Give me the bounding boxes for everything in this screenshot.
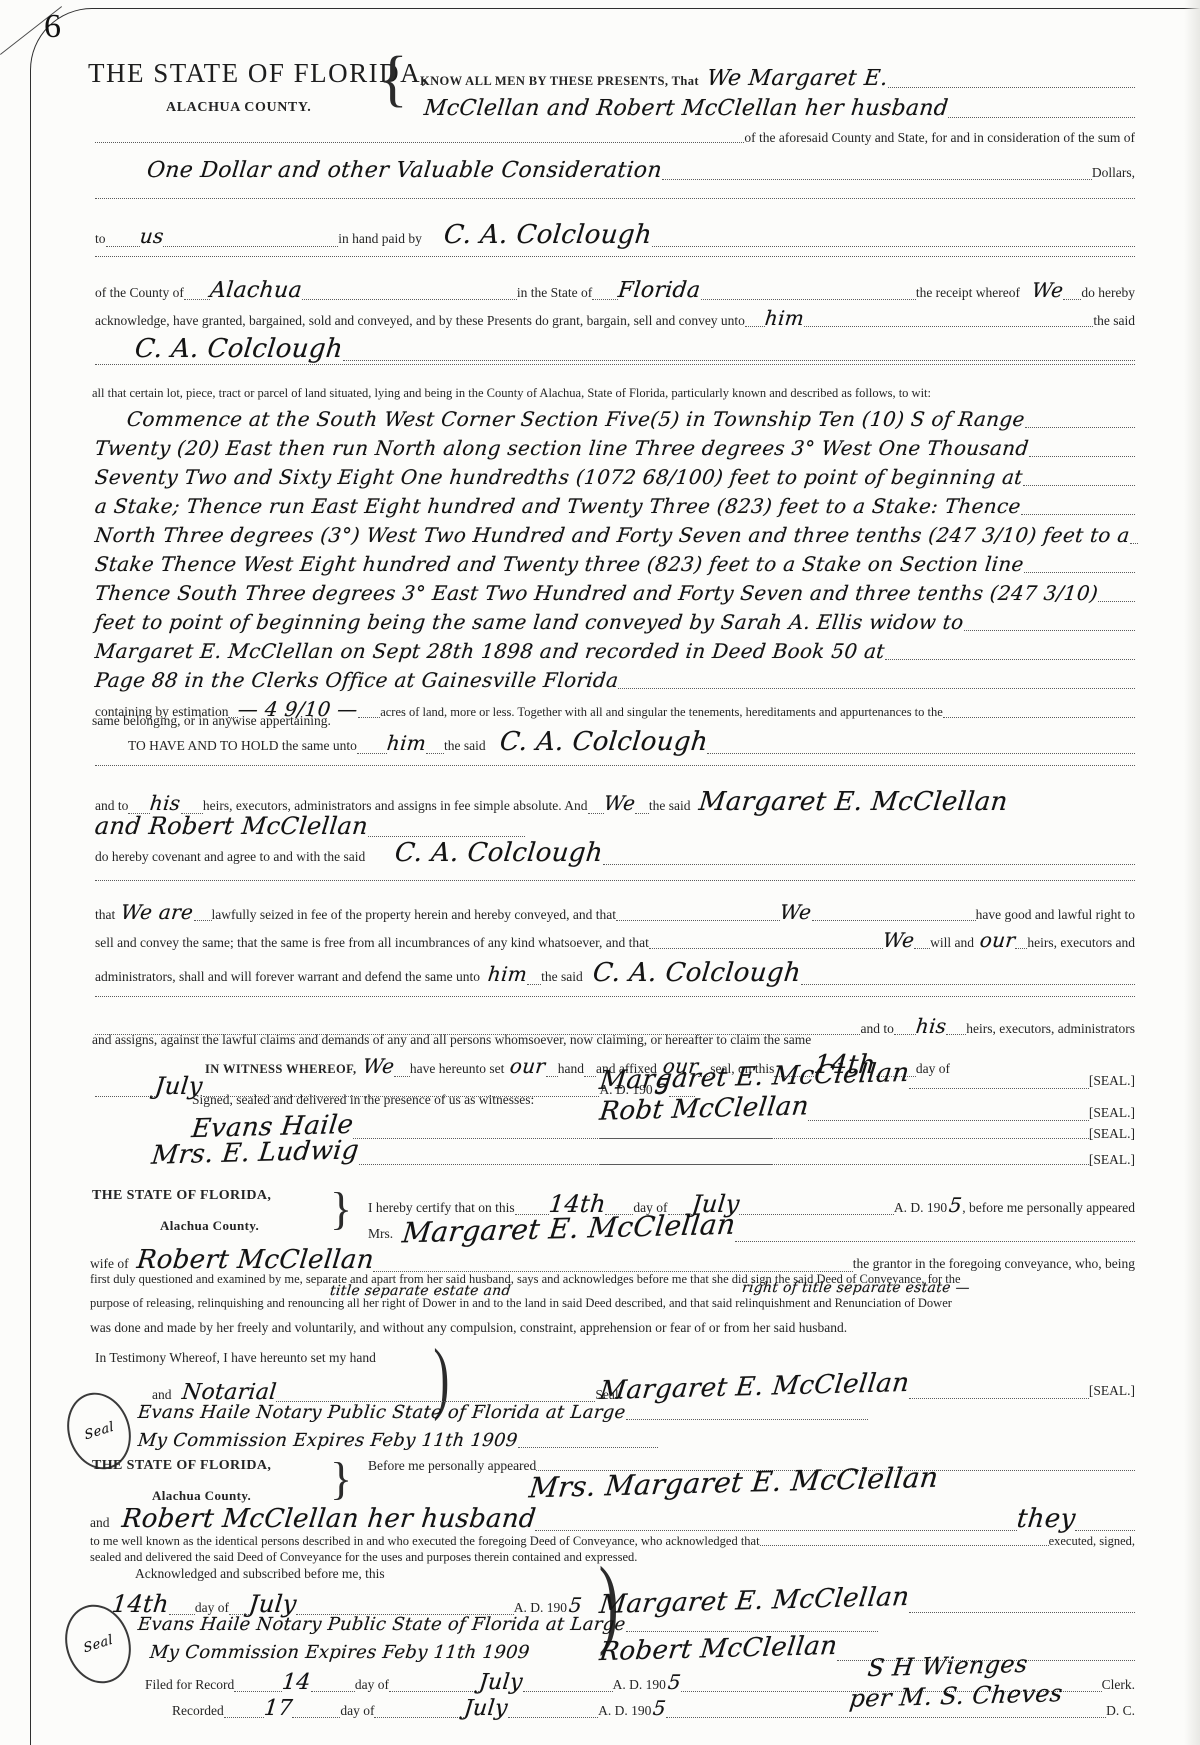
grantor2-line: and Robert McClellan <box>95 812 525 840</box>
dotted-leader <box>1023 485 1135 486</box>
heirs-text: heirs, executors, administrators <box>966 1021 1135 1037</box>
dotted-leader <box>948 117 1135 118</box>
description-intro: all that certain lot, piece, tract or pa… <box>92 386 931 401</box>
grantor-names-hw-1: We Margaret E. <box>706 66 889 91</box>
seal-bracket-label: [SEAL.] <box>1089 1126 1135 1142</box>
ack2-signature-row-2: Robert McClellan <box>600 1634 1135 1664</box>
dotted-leader <box>1024 572 1135 573</box>
description-hw: Thence South Three degrees 3° East Two H… <box>94 581 1100 605</box>
covenant-line: do hereby covenant and agree to and with… <box>95 838 1135 868</box>
we-hw: We <box>602 791 636 815</box>
dotted-leader <box>616 920 780 921</box>
description-line: feet to point of beginning being the sam… <box>95 610 1135 634</box>
dotted-leader <box>745 326 765 327</box>
testimony-text: In Testimony Whereof, I have hereunto se… <box>95 1350 376 1366</box>
commission-hw: My Commission Expires Feby 11th 1909 <box>137 1430 519 1451</box>
dotted-leader <box>804 326 1093 327</box>
notary-line-1: Evans Haile Notary Public State of Flori… <box>138 1402 868 1423</box>
they-hw: they <box>1015 1504 1077 1534</box>
year-hw: 5 <box>667 1670 683 1694</box>
dotted-leader <box>95 142 744 143</box>
dotted-leader <box>1015 948 1027 949</box>
dotted-leader <box>894 1034 916 1035</box>
dotted-leader <box>184 299 210 300</box>
in-hand-label: in hand paid by <box>338 231 422 247</box>
dotted-leader <box>234 1691 282 1692</box>
husband-line: and Robert McClellan her husband they <box>90 1504 1135 1534</box>
dotted-leader <box>626 1419 869 1420</box>
dotted-leader <box>1063 299 1081 300</box>
header-county-title: ALACHUA COUNTY. <box>166 100 311 116</box>
dotted-leader <box>946 1034 966 1035</box>
dotted-leader <box>527 984 541 985</box>
description-hw: Margaret E. McClellan on Sept 28th 1898 … <box>94 639 886 663</box>
good-right-text: have good and lawful right to <box>976 907 1135 923</box>
description-line: North Three degrees (3°) West Two Hundre… <box>95 523 1135 547</box>
year-hw: 5 <box>652 1696 668 1720</box>
clerk-label: Clerk. <box>1102 1677 1135 1693</box>
we-hw: We <box>882 928 916 952</box>
dotted-leader <box>626 1631 879 1632</box>
grantor2-hw: and Robert McClellan <box>94 812 370 840</box>
executed-signed-text: executed, signed, <box>1049 1534 1135 1549</box>
dotted-leader <box>888 87 1135 88</box>
him-hw: him <box>386 731 428 755</box>
the-said-label: the said <box>1093 313 1135 329</box>
and-label: and <box>90 1515 110 1531</box>
dotted-leader <box>808 1120 1088 1121</box>
witness-signature-2: Mrs. E. Ludwig <box>150 1135 361 1170</box>
description-line: Commence at the South West Corner Sectio… <box>95 407 1135 431</box>
dotted-leader <box>943 717 1135 718</box>
dotted-leader <box>389 1691 479 1692</box>
to-label: to <box>95 231 106 247</box>
description-hw: Seventy Two and Sixty Eight One hundredt… <box>94 465 1024 489</box>
header-brace: { <box>378 48 408 110</box>
ack1-county-title: Alachua County. <box>160 1218 259 1234</box>
county-state-line: of the County of Alachua in the State of… <box>95 278 1135 303</box>
dotted-leader <box>95 996 1135 997</box>
covenant-text: do hereby covenant and agree to and with… <box>95 849 365 865</box>
description-hw: Page 88 in the Clerks Office at Gainesvi… <box>94 668 620 692</box>
dotted-leader <box>374 1717 464 1718</box>
dotted-leader <box>95 256 1135 257</box>
dotted-leader <box>358 717 380 718</box>
sell-text: sell and convey the same; that the same … <box>95 935 649 951</box>
and-label: and <box>152 1387 172 1403</box>
sell-convey-line: sell and convey the same; that the same … <box>95 928 1135 952</box>
seal-bracket-label: [SEAL.] <box>1089 1105 1135 1121</box>
dotted-leader <box>652 246 1135 247</box>
county-hw: Alachua <box>209 278 304 303</box>
dotted-leader <box>343 360 1135 361</box>
grantee-hw: C. A. Colclough <box>133 334 344 364</box>
recorded-line: Recorded 17 day of July A. D. 190 5 D. C… <box>172 1696 1135 1721</box>
ack2-signature-2: Robert McClellan <box>598 1631 839 1667</box>
dotted-leader <box>701 299 916 300</box>
husband-name-hw: Robert McClellan her husband <box>120 1504 537 1534</box>
ad-label: A. D. 190 <box>613 1677 666 1693</box>
recorded-month-hw: July <box>463 1696 509 1721</box>
dotted-leader <box>760 1545 1049 1546</box>
husband-name-hw: Robert McClellan <box>135 1245 375 1275</box>
payer-hw: C. A. Colclough <box>442 220 653 250</box>
dotted-leader <box>95 1096 155 1097</box>
paid-by-line: to us in hand paid by C. A. Colclough <box>95 220 1135 250</box>
day-of-label: day of <box>355 1677 389 1693</box>
before-appeared-text: Before me personally appeared <box>368 1458 536 1474</box>
notary-seal-text: Seal <box>82 1632 114 1656</box>
will-and-label: will and <box>930 935 974 951</box>
dotted-leader <box>1025 427 1135 428</box>
wife-of-line: wife of Robert McClellan the grantor in … <box>90 1245 1135 1275</box>
dotted-leader <box>649 948 883 949</box>
dotted-leader <box>523 1691 613 1692</box>
the-said-label: the said <box>444 738 486 754</box>
dotted-leader <box>426 753 444 754</box>
us-hw: us <box>138 224 164 248</box>
sealed-delivered-text: sealed and delivered the said Deed of Co… <box>90 1550 637 1565</box>
day-of-label: day of <box>340 1703 374 1719</box>
dotted-leader <box>95 880 1135 881</box>
well-known-text: to me well known as the identical person… <box>90 1534 760 1549</box>
page-number: 6 <box>44 8 61 46</box>
ack1-state-title: THE STATE OF FLORIDA, <box>92 1188 271 1204</box>
heirs-execs-label: heirs, executors and <box>1027 935 1135 951</box>
description-hw: feet to point of beginning being the sam… <box>94 610 965 634</box>
admins-text: administrators, shall and will forever w… <box>95 969 480 985</box>
warrant-defend-line: administrators, shall and will forever w… <box>95 958 1135 988</box>
aforesaid-line: of the aforesaid County and State, for a… <box>95 130 1135 146</box>
blank-rule <box>95 364 1135 368</box>
signed-sealed-text: Signed, sealed and delivered in the pres… <box>192 1092 534 1108</box>
dotted-leader <box>801 984 1135 985</box>
description-line: Twenty (20) East then run North along se… <box>95 436 1135 460</box>
grantee-hw: C. A. Colclough <box>591 958 802 988</box>
we-are-hw: We are <box>120 900 195 924</box>
him-hw: him <box>487 962 529 986</box>
dotted-leader <box>311 1691 355 1692</box>
seal-bracket-label: [SEAL.] <box>1089 1152 1135 1168</box>
acres-rest-text: acres of land, more or less. Together wi… <box>380 705 943 720</box>
ack2-county-title: Alachua County. <box>152 1488 251 1504</box>
to-have-line: TO HAVE AND TO HOLD the same unto him th… <box>128 727 1135 757</box>
premises-line-1: KNOW ALL MEN BY THESE PRESENTS, That We … <box>420 66 1135 91</box>
dotted-leader <box>909 1088 1089 1089</box>
dower-line-2: purpose of releasing, relinquishing and … <box>90 1296 952 1311</box>
do-hereby-label: do hereby <box>1081 285 1135 301</box>
notary-seal-text: Seal <box>83 1419 115 1443</box>
dotted-leader <box>95 765 1135 766</box>
to-have-text: TO HAVE AND TO HOLD the same unto <box>128 738 357 754</box>
grantee-name-line: C. A. Colclough <box>95 334 1135 364</box>
dotted-leader <box>95 364 1135 365</box>
dotted-leader <box>106 246 140 247</box>
dotted-leader <box>302 299 517 300</box>
grantor-names-hw-2: McClellan and Robert McClellan her husba… <box>423 96 950 121</box>
dotted-leader <box>508 1717 598 1718</box>
consideration-line: One Dollar and other Valuable Considerat… <box>95 158 1135 183</box>
ack2-state-title: THE STATE OF FLORIDA, <box>92 1458 271 1474</box>
recorded-day-hw: 17 <box>262 1696 293 1721</box>
dollars-label: Dollars, <box>1092 165 1135 181</box>
ack1-brace: } <box>330 1186 352 1232</box>
consideration-hw: One Dollar and other Valuable Considerat… <box>146 158 664 183</box>
description-hw: Stake Thence West Eight hundred and Twen… <box>94 552 1025 576</box>
description-line: Page 88 in the Clerks Office at Gainesvi… <box>95 668 1135 692</box>
wife-name-line: Mrs. Margaret E. McClellan <box>368 1212 1135 1245</box>
dotted-leader <box>707 753 1135 754</box>
acknowledged-subscribed-text: Acknowledged and subscribed before me, t… <box>135 1566 385 1582</box>
wife-of-label: wife of <box>90 1256 129 1272</box>
seized-text: lawfully seized in fee of the property h… <box>212 907 616 923</box>
blank-rule <box>95 765 1135 769</box>
description-hw: Commence at the South West Corner Sectio… <box>126 407 1026 431</box>
description-line: Stake Thence West Eight hundred and Twen… <box>95 552 1135 576</box>
dotted-leader <box>1075 1530 1135 1531</box>
dotted-leader <box>588 813 604 814</box>
description-hw: North Three degrees (3°) West Two Hundre… <box>94 523 1131 547</box>
state-hw: Florida <box>617 278 702 303</box>
grantor-signature-1: Margaret E. McClellan <box>598 1058 911 1096</box>
dc-label: D. C. <box>1106 1703 1135 1719</box>
assigns-text: and assigns, against the lawful claims a… <box>92 1032 811 1048</box>
in-state-label: in the State of <box>517 285 592 301</box>
dotted-leader <box>368 836 525 837</box>
dotted-leader <box>735 1241 1135 1242</box>
dotted-leader <box>357 753 387 754</box>
seized-line: that We are lawfully seized in fee of th… <box>95 900 1135 924</box>
description-line: a Stake; Thence run East Eight hundred a… <box>95 494 1135 518</box>
filed-month-hw: July <box>478 1670 524 1695</box>
ack2-signature-row-1: Margaret E. McClellan <box>600 1586 1135 1616</box>
grantee-hw: C. A. Colclough <box>498 727 709 757</box>
description-hw: a Stake; Thence run East Eight hundred a… <box>94 494 1022 518</box>
signature-row-4: [SEAL.] <box>600 1152 1135 1168</box>
we-hw: We <box>1031 278 1065 302</box>
dotted-leader <box>909 1612 1135 1613</box>
dotted-leader <box>662 179 1092 180</box>
our-hw: our <box>979 928 1017 952</box>
filed-label: Filed for Record <box>145 1677 234 1693</box>
ad-label: A. D. 190 <box>598 1703 651 1719</box>
dotted-leader <box>224 1717 264 1718</box>
and-to-label: and to <box>860 1021 893 1037</box>
aforesaid-text: of the aforesaid County and State, for a… <box>744 130 1135 146</box>
dotted-leader <box>1130 543 1138 544</box>
dotted-leader <box>964 630 1135 631</box>
grantor1-hw: Margaret E. McClellan <box>697 787 1009 817</box>
description-line: Thence South Three degrees 3° East Two H… <box>95 581 1135 605</box>
him-hw: him <box>764 306 806 330</box>
description-hw: Twenty (20) East then run North along se… <box>94 436 1030 460</box>
dotted-leader <box>1029 456 1135 457</box>
ack1-signature-row: Margaret E. McClellan [SEAL.] <box>600 1372 1135 1402</box>
filed-day-hw: 14 <box>281 1670 312 1695</box>
dotted-leader <box>163 246 338 247</box>
recorded-label: Recorded <box>172 1703 224 1719</box>
dower-line-3: was done and made by her freely and volu… <box>90 1320 847 1336</box>
seal-bracket-label: [SEAL.] <box>1089 1383 1135 1399</box>
dotted-leader <box>1021 514 1135 515</box>
blank-rule <box>95 198 1135 202</box>
dotted-leader <box>909 1398 1089 1399</box>
dotted-leader <box>518 1447 658 1448</box>
acknowledge-text: acknowledge, have granted, bargained, so… <box>95 313 745 329</box>
dotted-leader <box>194 920 212 921</box>
dotted-leader <box>95 198 1135 199</box>
dotted-leader <box>618 688 1135 689</box>
dotted-leader <box>812 920 976 921</box>
grantee-hw: C. A. Colclough <box>394 838 605 868</box>
ack2-brace: } <box>330 1456 352 1502</box>
dotted-leader <box>635 813 649 814</box>
description-line: Margaret E. McClellan on Sept 28th 1898 … <box>95 639 1135 663</box>
interlineation-2: right of title separate estate — <box>741 1280 970 1296</box>
we-hw: We <box>779 900 813 924</box>
grantor-in-conveyance-text: the grantor in the foregoing conveyance,… <box>853 1256 1135 1272</box>
dotted-leader <box>885 659 1135 660</box>
scan-edge-shading <box>1184 0 1200 1745</box>
receipt-label: the receipt whereof <box>916 285 1020 301</box>
dotted-leader <box>666 1717 1106 1718</box>
notary-name-hw: Evans Haile Notary Public State of Flori… <box>137 1614 627 1635</box>
dotted-leader <box>600 1164 1089 1165</box>
commission-line-1: My Commission Expires Feby 11th 1909 <box>138 1430 658 1451</box>
seal-bracket-label: [SEAL.] <box>1089 1073 1135 1089</box>
description-line: Seventy Two and Sixty Eight One hundredt… <box>95 465 1135 489</box>
dotted-leader <box>292 1717 340 1718</box>
blank-rule <box>95 880 1135 884</box>
acknowledge-line: acknowledge, have granted, bargained, so… <box>95 306 1135 330</box>
dotted-leader <box>914 948 930 949</box>
premises-line-2: McClellan and Robert McClellan her husba… <box>424 96 1135 121</box>
blank-rule <box>95 256 1135 260</box>
signature-row-1: Margaret E. McClellan [SEAL.] <box>600 1062 1135 1092</box>
commission-hw: My Commission Expires Feby 11th 1909 <box>149 1642 531 1663</box>
notary-name-hw: Evans Haile Notary Public State of Flori… <box>137 1402 627 1423</box>
the-said-label: the said <box>541 969 583 985</box>
the-said-label: the said <box>649 798 691 814</box>
of-county-label: of the County of <box>95 285 184 301</box>
dotted-leader <box>603 864 1135 865</box>
dotted-leader <box>535 1530 1016 1531</box>
ack1-signature: Margaret E. McClellan <box>598 1368 911 1406</box>
his-hw: his <box>915 1014 948 1038</box>
blank-rule <box>95 996 1135 1000</box>
dotted-leader <box>592 299 618 300</box>
know-all-men-text: KNOW ALL MEN BY THESE PRESENTS, That <box>420 74 699 89</box>
wife-name-hw: Margaret E. McClellan <box>401 1208 738 1250</box>
that-label: that <box>95 907 115 923</box>
dotted-leader <box>1098 601 1135 602</box>
mrs-label: Mrs. <box>368 1226 393 1242</box>
